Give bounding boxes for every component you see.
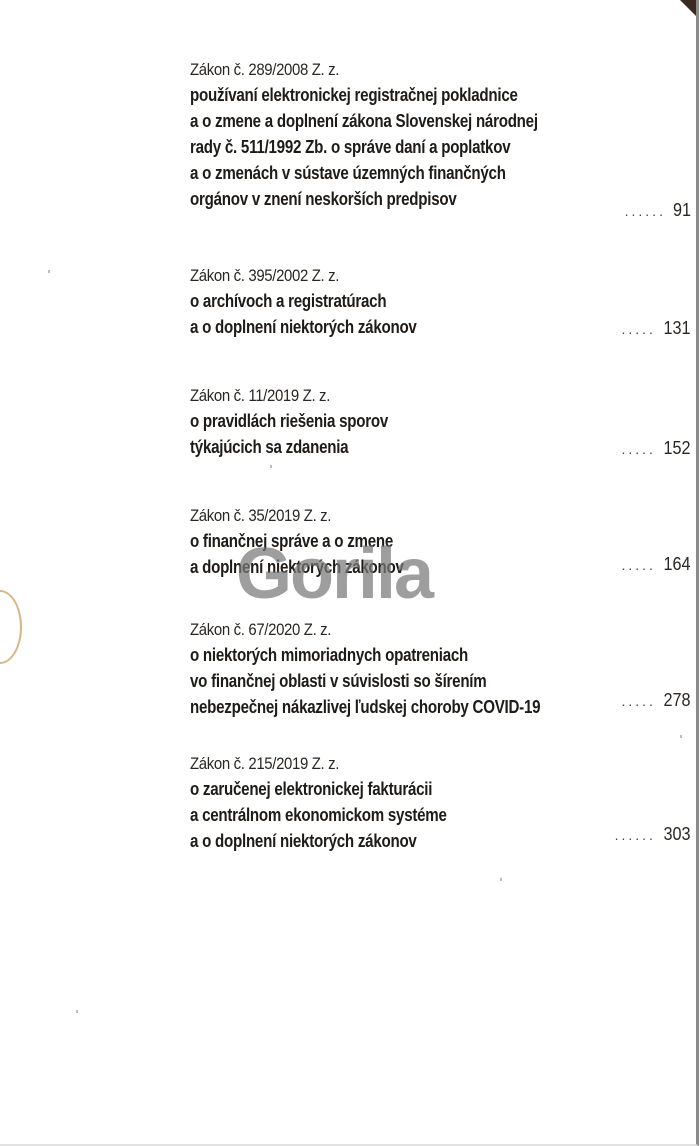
scan-speck [500, 878, 502, 881]
law-reference: Zákon č. 395/2002 Z. z. [190, 264, 630, 288]
law-reference: Zákon č. 289/2008 Z. z. [190, 58, 630, 82]
law-title-line: týkajúcich sa zdanenia [190, 434, 610, 460]
page-number: 278 [663, 690, 690, 711]
toc-entry[interactable]: Zákon č. 11/2019 Z. z. o pravidlách rieš… [190, 384, 690, 460]
page-number: 152 [663, 438, 690, 459]
law-title-line: a o doplnení niektorých zákonov [190, 314, 610, 340]
law-title-line: o finančnej správe a o zmene [190, 528, 610, 554]
page-leader: ..... 152 [622, 438, 693, 459]
scan-speck [76, 1010, 78, 1013]
law-title-line: rady č. 511/1992 Zb. o správe daní a pop… [190, 134, 610, 160]
page-number: 303 [663, 824, 690, 845]
page-leader: ..... 278 [622, 690, 693, 711]
scan-speck [680, 735, 682, 738]
coffee-stain-mark [0, 590, 22, 664]
law-reference: Zákon č. 67/2020 Z. z. [190, 618, 630, 642]
scan-speck [48, 270, 50, 273]
dot-leader: ..... [622, 557, 656, 573]
dot-leader: ..... [622, 693, 656, 709]
toc-entry[interactable]: Zákon č. 67/2020 Z. z. o niektorých mimo… [190, 618, 690, 720]
law-title-line: orgánov v znení neskorších predpisov [190, 186, 610, 212]
law-title-line: a o zmene a doplnení zákona Slovenskej n… [190, 108, 610, 134]
book-page: Zákon č. 289/2008 Z. z. používaní elektr… [0, 0, 699, 1146]
law-title-line: a doplnení niektorých zákonov [190, 554, 610, 580]
law-title-line: a o zmenách v sústave územných finančnýc… [190, 160, 610, 186]
page-leader: ...... 303 [615, 824, 692, 845]
dot-leader: ...... [625, 203, 666, 219]
dot-leader: ..... [622, 441, 656, 457]
dot-leader: ..... [622, 321, 656, 337]
toc-entry[interactable]: Zákon č. 35/2019 Z. z. o finančnej správ… [190, 504, 690, 580]
page-number: 164 [663, 554, 690, 575]
law-title-line: a centrálnom ekonomickom systéme [190, 802, 610, 828]
page-leader: ..... 164 [622, 554, 693, 575]
toc-entry[interactable]: Zákon č. 395/2002 Z. z. o archívoch a re… [190, 264, 690, 340]
page-leader: ...... 91 [625, 200, 692, 221]
dot-leader: ...... [615, 827, 656, 843]
scan-speck [270, 465, 272, 468]
page-number: 91 [673, 200, 691, 221]
law-title-line: používaní elektronickej registračnej pok… [190, 82, 610, 108]
law-title-line: o archívoch a registratúrach [190, 288, 610, 314]
law-title-line: a o doplnení niektorých zákonov [190, 828, 610, 854]
law-title-line: o pravidlách riešenia sporov [190, 408, 610, 434]
page-corner-shadow [680, 0, 696, 16]
law-reference: Zákon č. 35/2019 Z. z. [190, 504, 630, 528]
law-title-line: o niektorých mimoriadnych opatreniach [190, 642, 610, 668]
law-title-line: vo finančnej oblasti v súvislosti so šír… [190, 668, 610, 694]
law-title-line: o zaručenej elektronickej fakturácii [190, 776, 610, 802]
law-title-line: nebezpečnej nákazlivej ľudskej choroby C… [190, 694, 610, 720]
page-number: 131 [663, 318, 690, 339]
law-reference: Zákon č. 11/2019 Z. z. [190, 384, 630, 408]
law-reference: Zákon č. 215/2019 Z. z. [190, 752, 630, 776]
toc-entry[interactable]: Zákon č. 289/2008 Z. z. používaní elektr… [190, 58, 690, 212]
page-leader: ..... 131 [622, 318, 693, 339]
